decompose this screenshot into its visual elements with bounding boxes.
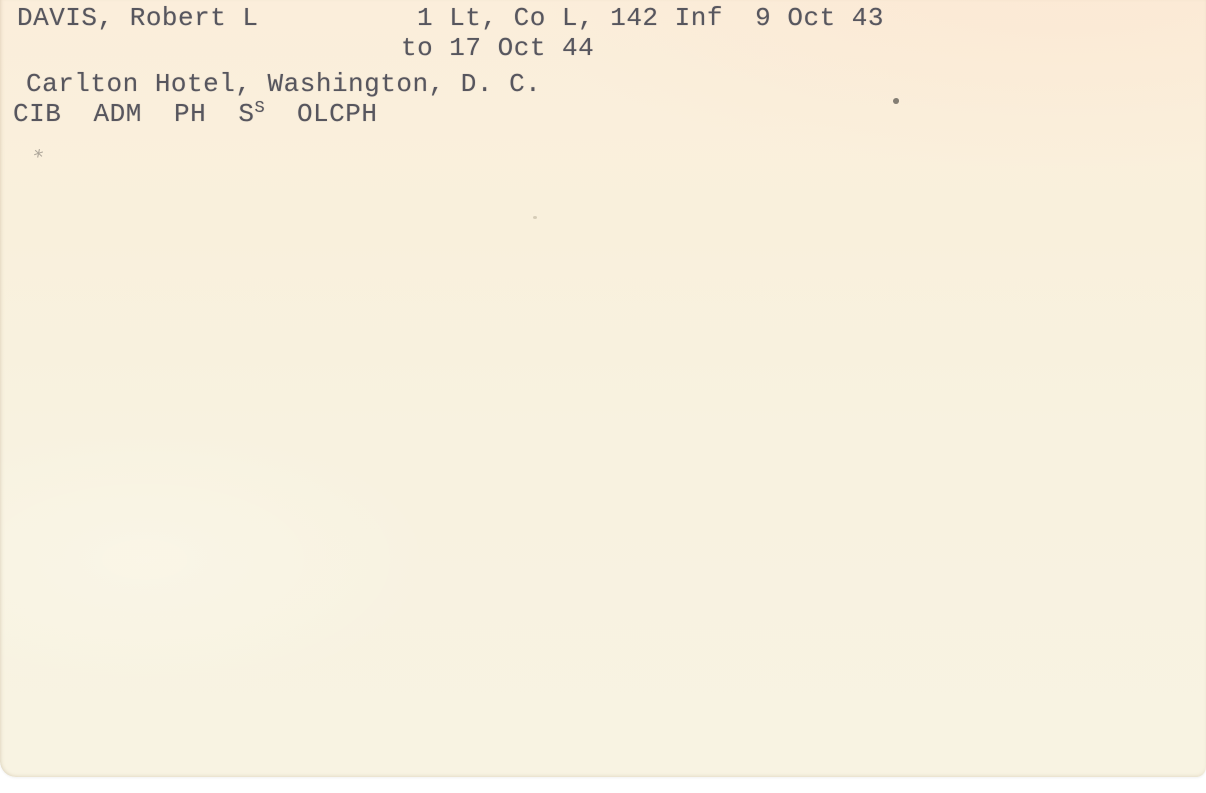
awards-line-prefix: CIB ADM PH S <box>13 99 255 129</box>
awards-line-suffix: OLCPH <box>265 99 378 129</box>
index-card: DAVIS, Robert L 1 Lt, Co L, 142 Inf 9 Oc… <box>0 0 1206 777</box>
awards-line: CIB ADM PH SS OLCPH <box>13 101 377 127</box>
rank-unit-date-line: 1 Lt, Co L, 142 Inf 9 Oct 43 <box>417 5 884 31</box>
pencil-asterisk-mark: * <box>31 145 45 168</box>
ink-speck <box>893 98 899 104</box>
awards-superscript: S <box>255 99 265 118</box>
address-line: Carlton Hotel, Washington, D. C. <box>26 71 541 97</box>
soldier-name-line: DAVIS, Robert L <box>17 5 259 31</box>
scanner-background: DAVIS, Robert L 1 Lt, Co L, 142 Inf 9 Oc… <box>0 0 1206 793</box>
faint-paper-speck <box>533 216 537 219</box>
service-end-date-line: to 17 Oct 44 <box>401 35 594 61</box>
